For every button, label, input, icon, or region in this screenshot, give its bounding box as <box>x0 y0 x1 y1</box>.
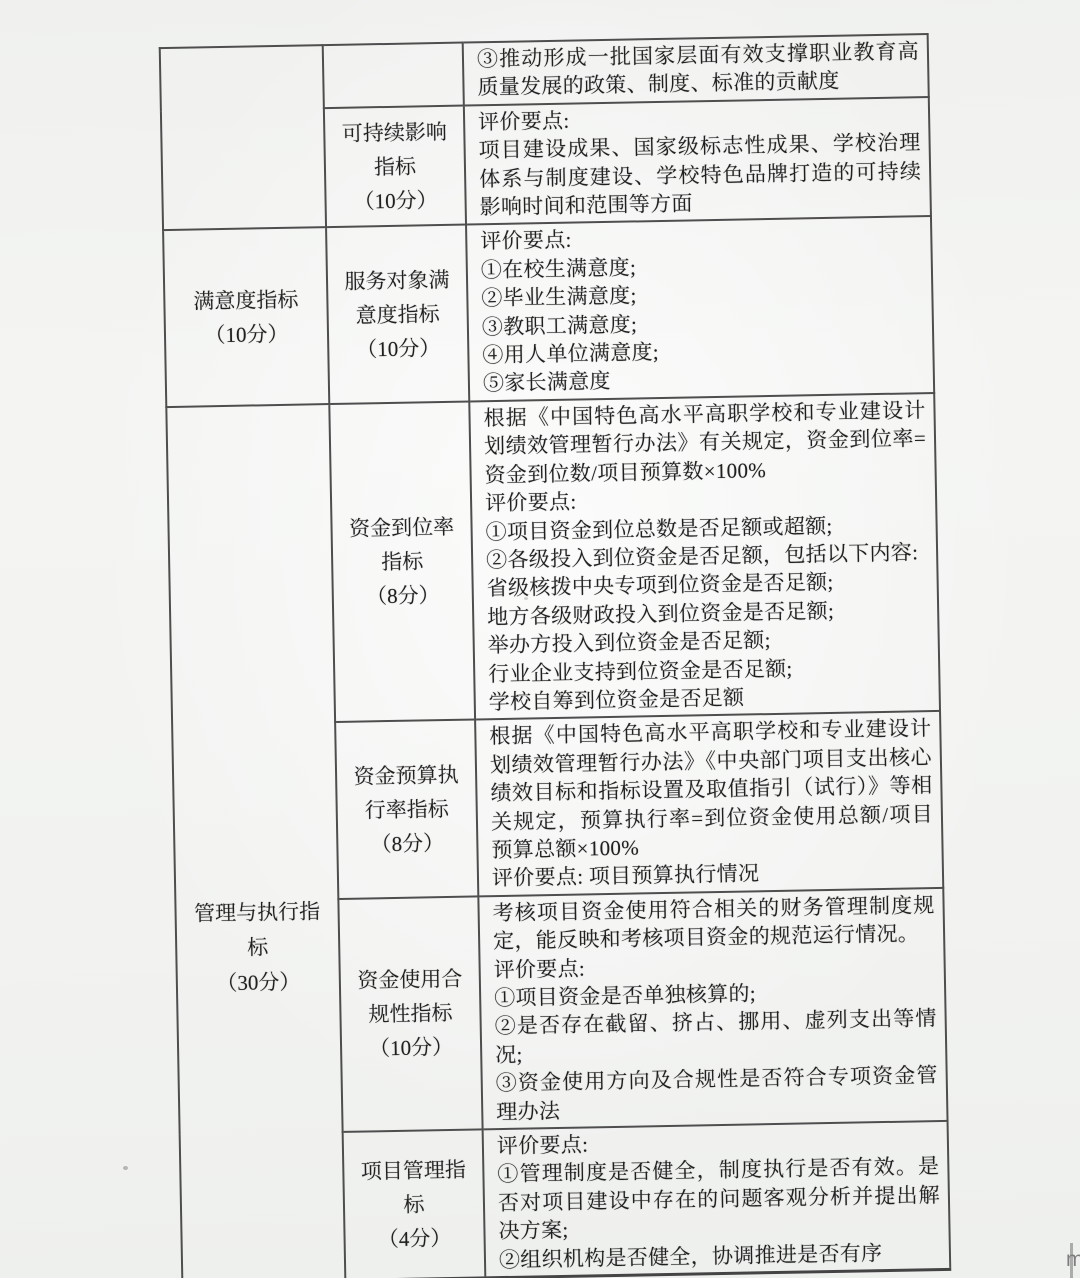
evaluation-table-wrap: ③推动形成一批国家层面有效支撑职业教育高质量发展的政策、制度、标准的贡献度 可持… <box>159 33 950 1278</box>
detail-cell-fund-use-compliance: 考核项目资金使用符合相关的财务管理制度规定，能反映和考核项目资金的规范运行情况。… <box>478 888 947 1130</box>
indicator-cell-fund-arrival-rate: 资金到位率 指标 （8分） <box>329 401 475 722</box>
detail-cell-policy-contribution: ③推动形成一批国家层面有效支撑职业教育高质量发展的政策、制度、标准的贡献度 <box>463 34 929 105</box>
indicator-cell-budget-execution-rate: 资金预算执 行率指标 （8分） <box>335 720 478 899</box>
detail-cell-sustainable-impact: 评价要点: 项目建设成果、国家级标志性成果、学校治理体系与制度建设、学校特色品牌… <box>464 97 931 225</box>
indicator-cell-service-satisfaction: 服务对象满 意度指标 （10分） <box>326 225 469 404</box>
watermark: m <box>1066 1248 1080 1272</box>
evaluation-table: ③推动形成一批国家层面有效支撑职业教育高质量发展的政策、制度、标准的贡献度 可持… <box>159 33 952 1278</box>
detail-cell-service-satisfaction: 评价要点: ①在校生满意度; ②毕业生满意度; ③教职工满意度; ④用人单位满意… <box>466 216 934 401</box>
indicator-cell-carryover <box>323 43 464 108</box>
scan-speck <box>123 1166 128 1170</box>
scanned-page: ③推动形成一批国家层面有效支撑职业教育高质量发展的政策、制度、标准的贡献度 可持… <box>0 0 1080 1278</box>
table-row: 满意度指标 （10分） 服务对象满 意度指标 （10分） 评价要点: ①在校生满… <box>163 216 934 406</box>
category-cell-carryover <box>160 45 326 230</box>
indicator-cell-fund-use-compliance: 资金使用合 规性指标 （10分） <box>338 896 482 1132</box>
category-cell-satisfaction: 满意度指标 （10分） <box>163 228 329 407</box>
indicator-cell-sustainable-impact: 可持续影响 指标 （10分） <box>324 105 466 227</box>
detail-cell-project-management: 评价要点: ①管理制度是否健全，制度执行是否有效。是否对项目建设中存在的问题客观… <box>483 1121 951 1278</box>
detail-cell-fund-arrival-rate: 根据《中国特色高水平高职学校和专业建设计划绩效管理暂行办法》有关规定，资金到位率… <box>469 393 940 720</box>
indicator-cell-project-management: 项目管理指 标 （4分） <box>343 1129 486 1278</box>
category-cell-management-execution: 管理与执行指 标 （30分） <box>166 404 345 1278</box>
detail-cell-budget-execution-rate: 根据《中国特色高水平高职学校和专业建设计划绩效管理暂行办法》《中央部门项目支出核… <box>475 711 943 896</box>
table-row: 管理与执行指 标 （30分） 资金到位率 指标 （8分） 根据《中国特色高水平高… <box>166 393 940 725</box>
scan-speck <box>524 597 528 600</box>
